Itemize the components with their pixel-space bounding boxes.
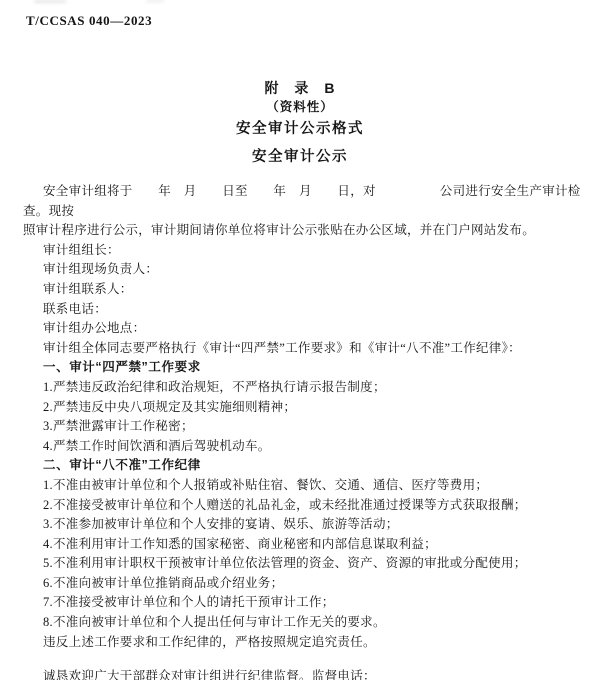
doc-line: 4.不准利用审计工作知悉的国家秘密、商业秘密和内部信息谋取利益；: [23, 535, 582, 555]
notice-body: 安全审计组将于 年 月 日至 年 月 日，对 公司进行安全生产审计检查。现按照审…: [23, 182, 582, 680]
doc-line: 违反上述工作要求和工作纪律的，严格按照规定追究责任。: [23, 633, 582, 653]
notice-title: 安全审计公示: [0, 145, 600, 166]
scan-artifact: [146, 0, 164, 2]
appendix-label: 附 录 B: [0, 78, 600, 98]
doc-line: 3.严禁泄露审计工作秘密；: [23, 417, 582, 437]
doc-line: 审计组组长：: [23, 241, 582, 261]
doc-line: 4.严禁工作时间饮酒和酒后驾驶机动车。: [23, 437, 582, 457]
doc-line: 7.不准接受被审计单位和个人的请托干预审计工作；: [23, 593, 582, 613]
doc-line: 8.不准向被审计单位和个人提出任何与审计工作无关的要求。: [23, 613, 582, 633]
doc-line: 1.严禁违反政治纪律和政治规矩，不严格执行请示报告制度；: [23, 378, 582, 398]
doc-line: 2.严禁违反中央八项规定及其实施细则精神；: [23, 398, 582, 418]
doc-line: 照审计程序进行公示，审计期间请你单位将审计公示张贴在办公区域，并在门户网站发布。: [23, 221, 582, 241]
standard-number-header: T/CCSAS 040—2023: [26, 13, 152, 29]
doc-line: 2.不准接受被审计单位和个人赠送的礼品礼金，或未经批准通过授课等方式获取报酬；: [23, 496, 582, 516]
doc-line: 5.不准利用审计职权干预被审计单位依法管理的资金、资产、资源的审批或分配使用；: [23, 554, 582, 574]
scan-artifact: [34, 0, 66, 3]
doc-line: 6.不准向被审计单位推销商品或介绍业务；: [23, 574, 582, 594]
doc-line: 一、审计“四严禁”工作要求: [23, 358, 582, 378]
doc-line: 审计组全体同志要严格执行《审计“四严禁”工作要求》和《审计“八不准”工作纪律》：: [23, 339, 582, 359]
doc-line: 安全审计组将于 年 月 日至 年 月 日，对 公司进行安全生产审计检查。现按: [23, 182, 582, 221]
doc-line: 诚恳欢迎广大干部群众对审计组进行纪律监督。监督电话：: [23, 667, 582, 680]
doc-line: 审计组办公地点：: [23, 319, 582, 339]
doc-line: 审计组联系人：: [23, 280, 582, 300]
doc-line: 联系电话：: [23, 300, 582, 320]
document-page: T/CCSAS 040—2023 附 录 B （资料性） 安全审计公示格式 安全…: [0, 0, 600, 680]
appendix-type-note: （资料性）: [0, 97, 600, 115]
doc-line: 二、审计“八不准”工作纪律: [23, 456, 582, 476]
doc-line: 1.不准由被审计单位和个人报销或补贴住宿、餐饮、交通、通信、医疗等费用；: [23, 476, 582, 496]
doc-line: 3.不准参加被审计单位和个人安排的宴请、娱乐、旅游等活动；: [23, 515, 582, 535]
appendix-title: 安全审计公示格式: [0, 117, 600, 138]
doc-line: 审计组现场负责人：: [23, 260, 582, 280]
